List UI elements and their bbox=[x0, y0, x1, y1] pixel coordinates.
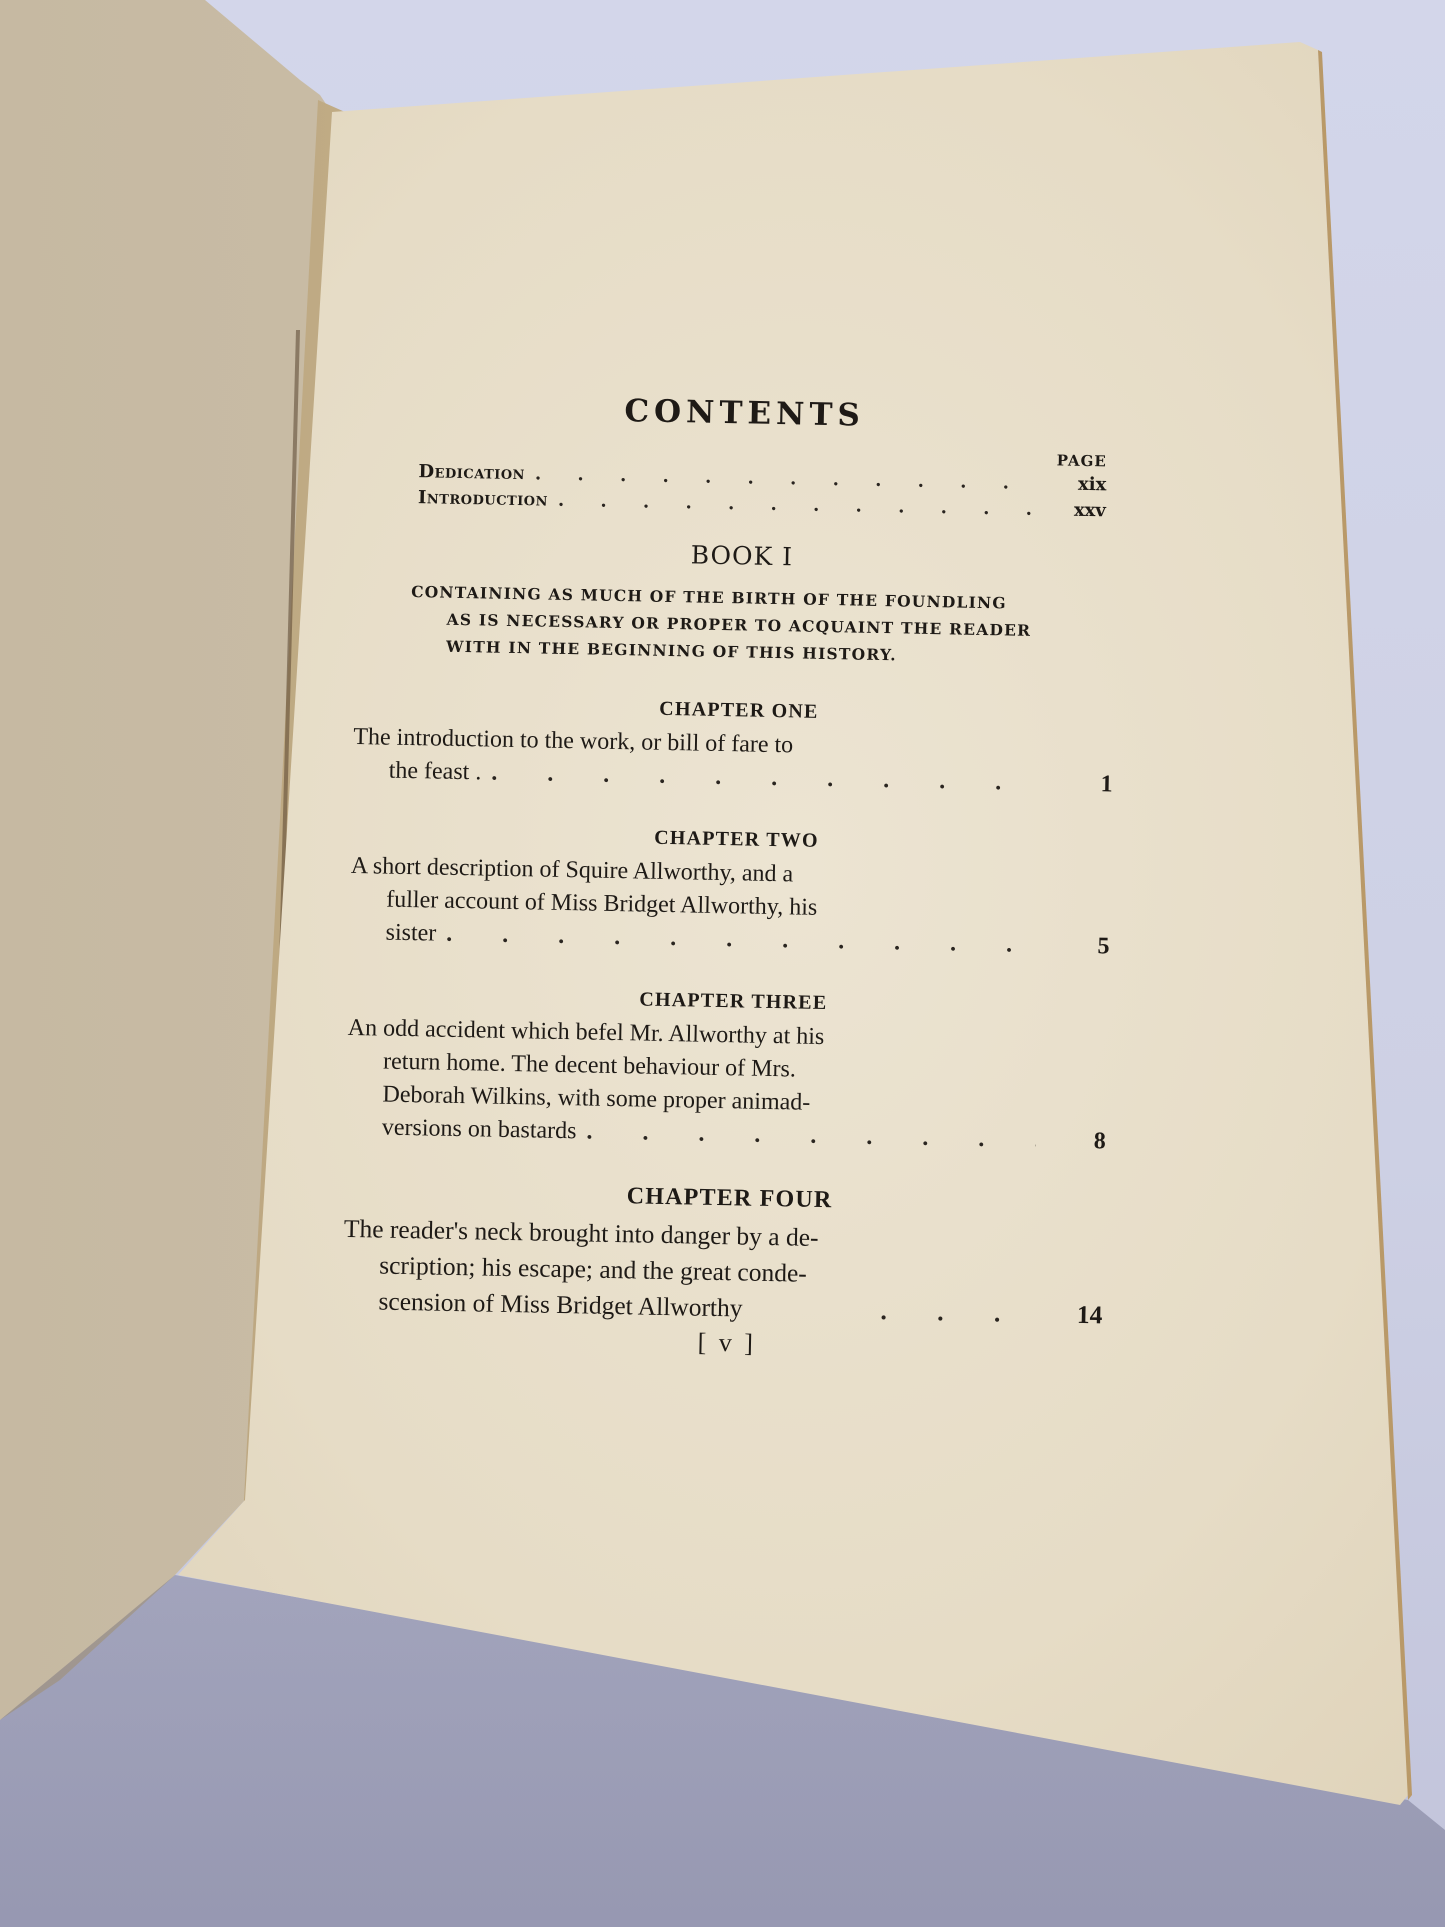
chapter-page-number: 5 bbox=[1039, 929, 1110, 963]
chapter-summary-line: the feast . bbox=[388, 755, 481, 790]
book-title: BOOK I bbox=[367, 534, 1117, 577]
front-matter-page: xxv bbox=[1046, 499, 1118, 521]
chapter-entry: An odd accident which befel Mr. Allworth… bbox=[316, 1011, 1108, 1158]
book-description: CONTAINING AS MUCH OF THE BIRTH OF THE F… bbox=[325, 576, 1116, 672]
dot-leader: . . . . . . . . . . . . . . . . . . . . … bbox=[525, 463, 1047, 494]
chapter-page-number: 8 bbox=[1035, 1124, 1106, 1158]
chapter-summary-line: scension of Miss Bridget Allworthy bbox=[378, 1284, 743, 1327]
chapter-entry: The reader's neck brought into danger by… bbox=[312, 1210, 1104, 1333]
chapter-page-number: 14 bbox=[1032, 1296, 1103, 1333]
chapter-summary-line: versions on bastards bbox=[382, 1112, 577, 1149]
chapter-page-number: 1 bbox=[1042, 767, 1113, 801]
contents-text-block: CONTENTS PAGE Dedication . . . . . . . .… bbox=[312, 387, 1120, 1365]
chapter-entry: The introduction to the work, or bill of… bbox=[322, 720, 1113, 801]
dot-leader: . . . bbox=[742, 1291, 1033, 1333]
front-matter-label: Dedication bbox=[328, 459, 525, 484]
front-matter-page: xix bbox=[1046, 473, 1118, 495]
chapter-entry: A short description of Squire Allworthy,… bbox=[319, 849, 1111, 963]
front-matter-label: Introduction bbox=[328, 485, 548, 510]
chapter-summary-line: sister bbox=[385, 917, 436, 951]
